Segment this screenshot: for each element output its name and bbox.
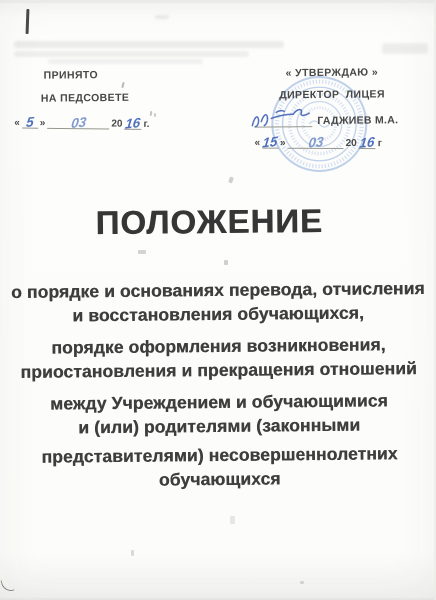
open-quote: « [14,117,20,128]
accepted-subtitle: НА ПЕДСОВЕТЕ [14,92,156,105]
subtitle-line: представителями) несовершеннолетних [7,442,431,470]
open-quote: « [254,138,260,149]
subtitle-line: порядке оформления возникновения, [6,333,430,361]
signature-line [254,108,312,128]
scanned-document-page: ПРИНЯТО НА ПЕДСОВЕТЕ «5» 03 2016 г. [0,0,436,600]
subtitle-line: приостановления и прекращения отношений [7,356,431,384]
document-subtitle-block: о порядке и основаниях перевода, отчисле… [6,277,432,493]
document-title: ПОЛОЖЕНИЕ [0,201,427,243]
approved-block: « УТВЕРЖДАЮ » ДИРЕКТОР ЛИЦЕЯ ГАДЖИЕВ М [254,66,411,149]
year-century: 20 [111,119,122,130]
accepted-block: ПРИНЯТО НА ПЕДСОВЕТЕ «5» 03 2016 г. [14,69,157,130]
approved-date-line: «15» 03 2016 г [254,134,410,150]
signer-name: ГАДЖИЕВ М.А. [317,114,398,127]
subtitle-line: обучающихся [8,465,432,493]
year-century: 20 [346,138,357,149]
accepted-label: ПРИНЯТО [14,69,156,82]
close-quote: » [40,118,46,129]
subtitle-line: и восстановления обучающихся, [6,300,430,328]
handwritten-month: 03 [308,136,324,149]
handwritten-day: 15 [262,136,278,149]
close-quote: » [280,138,286,149]
handwritten-month: 03 [70,116,86,129]
subtitle-line: о порядке и основаниях перевода, отчисле… [6,277,430,305]
director-signature [249,105,313,132]
year-suffix: г [378,138,382,149]
signature-row: ГАДЖИЕВ М.А. [254,107,410,127]
handwritten-year: 16 [125,117,141,130]
accepted-date-line: «5» 03 2016 г. [14,113,156,130]
handwritten-day: 5 [25,116,34,128]
handwritten-year: 16 [359,136,375,149]
document-content: ПРИНЯТО НА ПЕДСОВЕТЕ «5» 03 2016 г. [0,0,436,600]
subtitle-line: и (или) родителями (законными [7,412,431,440]
approved-subtitle: ДИРЕКТОР ЛИЦЕЯ [254,88,410,101]
subtitle-line: между Учреждением и обучающимися [7,389,431,417]
approved-label: « УТВЕРЖДАЮ » [254,66,410,79]
year-suffix: г. [143,119,149,130]
